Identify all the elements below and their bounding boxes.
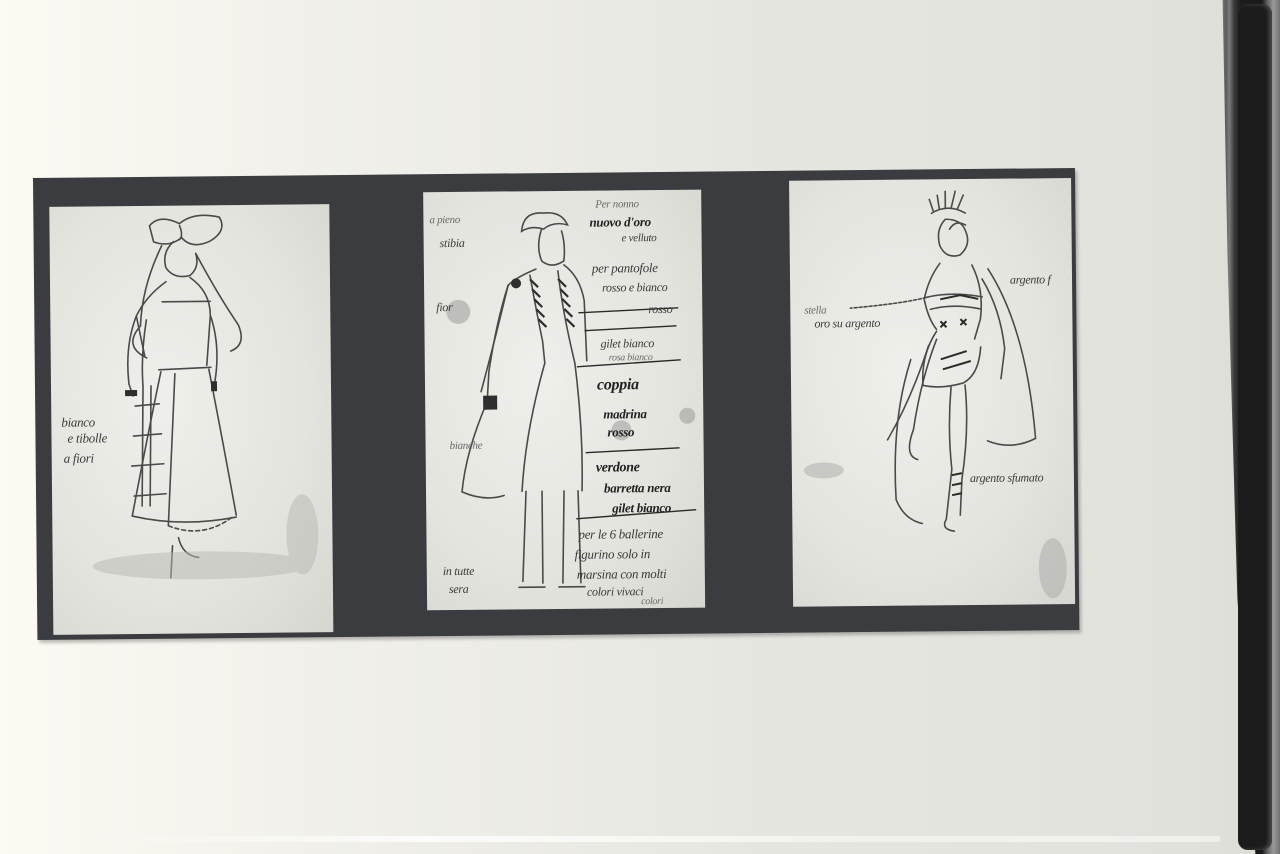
note-figurino-solo-in: figurino solo in [575, 546, 651, 563]
note-colori: colori [641, 596, 663, 607]
note-oro-su-argento: oro su argento [814, 316, 880, 332]
note-argento-f: argento f [1010, 272, 1051, 287]
note-rosso-2: rosso [607, 424, 634, 440]
note-bianco: bianco [61, 414, 95, 430]
page-bottom-highlight [80, 836, 1220, 842]
mount-board: bianco e tibolle a fiori [33, 168, 1079, 640]
note-in-tutte: in tutte [443, 564, 474, 579]
note-rosso: rosso [648, 302, 672, 317]
note-barretta-nera: barretta nera [604, 480, 671, 497]
note-fior: fior [436, 300, 452, 315]
note-per-le-6-ballerine: per le 6 ballerine [578, 526, 663, 543]
note-stella: stella [804, 304, 826, 316]
note-bianche: bianche [450, 440, 483, 452]
note-colori-vivaci: colori vivaci [587, 584, 644, 600]
note-tibolle: e tibolle [67, 430, 107, 446]
dancer-figure-drawing [789, 178, 1075, 607]
sketch-woman-dress: bianco e tibolle a fiori [49, 204, 333, 635]
note-a-pieno: a pieno [429, 214, 460, 226]
man-figure-drawing [423, 190, 705, 611]
note-madrina: madrina [603, 406, 647, 422]
sketch-man-coat: a pieno stibia fior bianche in tutte ser… [423, 190, 705, 611]
note-argento-sfumato: argento sfumato [970, 470, 1044, 486]
note-per-nonno: Per nonno [595, 198, 639, 210]
photograph: bianco e tibolle a fiori [0, 0, 1280, 854]
album-page-edges [1198, 0, 1280, 854]
note-gilet-bianco-2: gilet bianco [612, 500, 671, 517]
album-cover [1238, 4, 1272, 850]
note-per-pantofole: per pantofole [592, 260, 658, 277]
note-sera: sera [449, 582, 469, 597]
note-e-velluto: e velluto [622, 232, 657, 244]
note-marsina-con-molti: marsina con molti [577, 566, 667, 583]
note-rosso-bianco: rosso e bianco [602, 280, 668, 296]
note-gilet-bianco: gilet bianco [601, 336, 655, 352]
note-stibia: stibia [440, 236, 465, 251]
note-rosa-bianco: rosa bianco [609, 352, 653, 363]
note-coppia: coppia [597, 376, 639, 394]
sketch-dancer: stella oro su argento argento f argento … [789, 178, 1075, 607]
note-a-fiori: a fiori [64, 450, 94, 466]
note-nuovo-doro: nuovo d'oro [589, 214, 651, 231]
note-verdone: verdone [596, 460, 640, 476]
